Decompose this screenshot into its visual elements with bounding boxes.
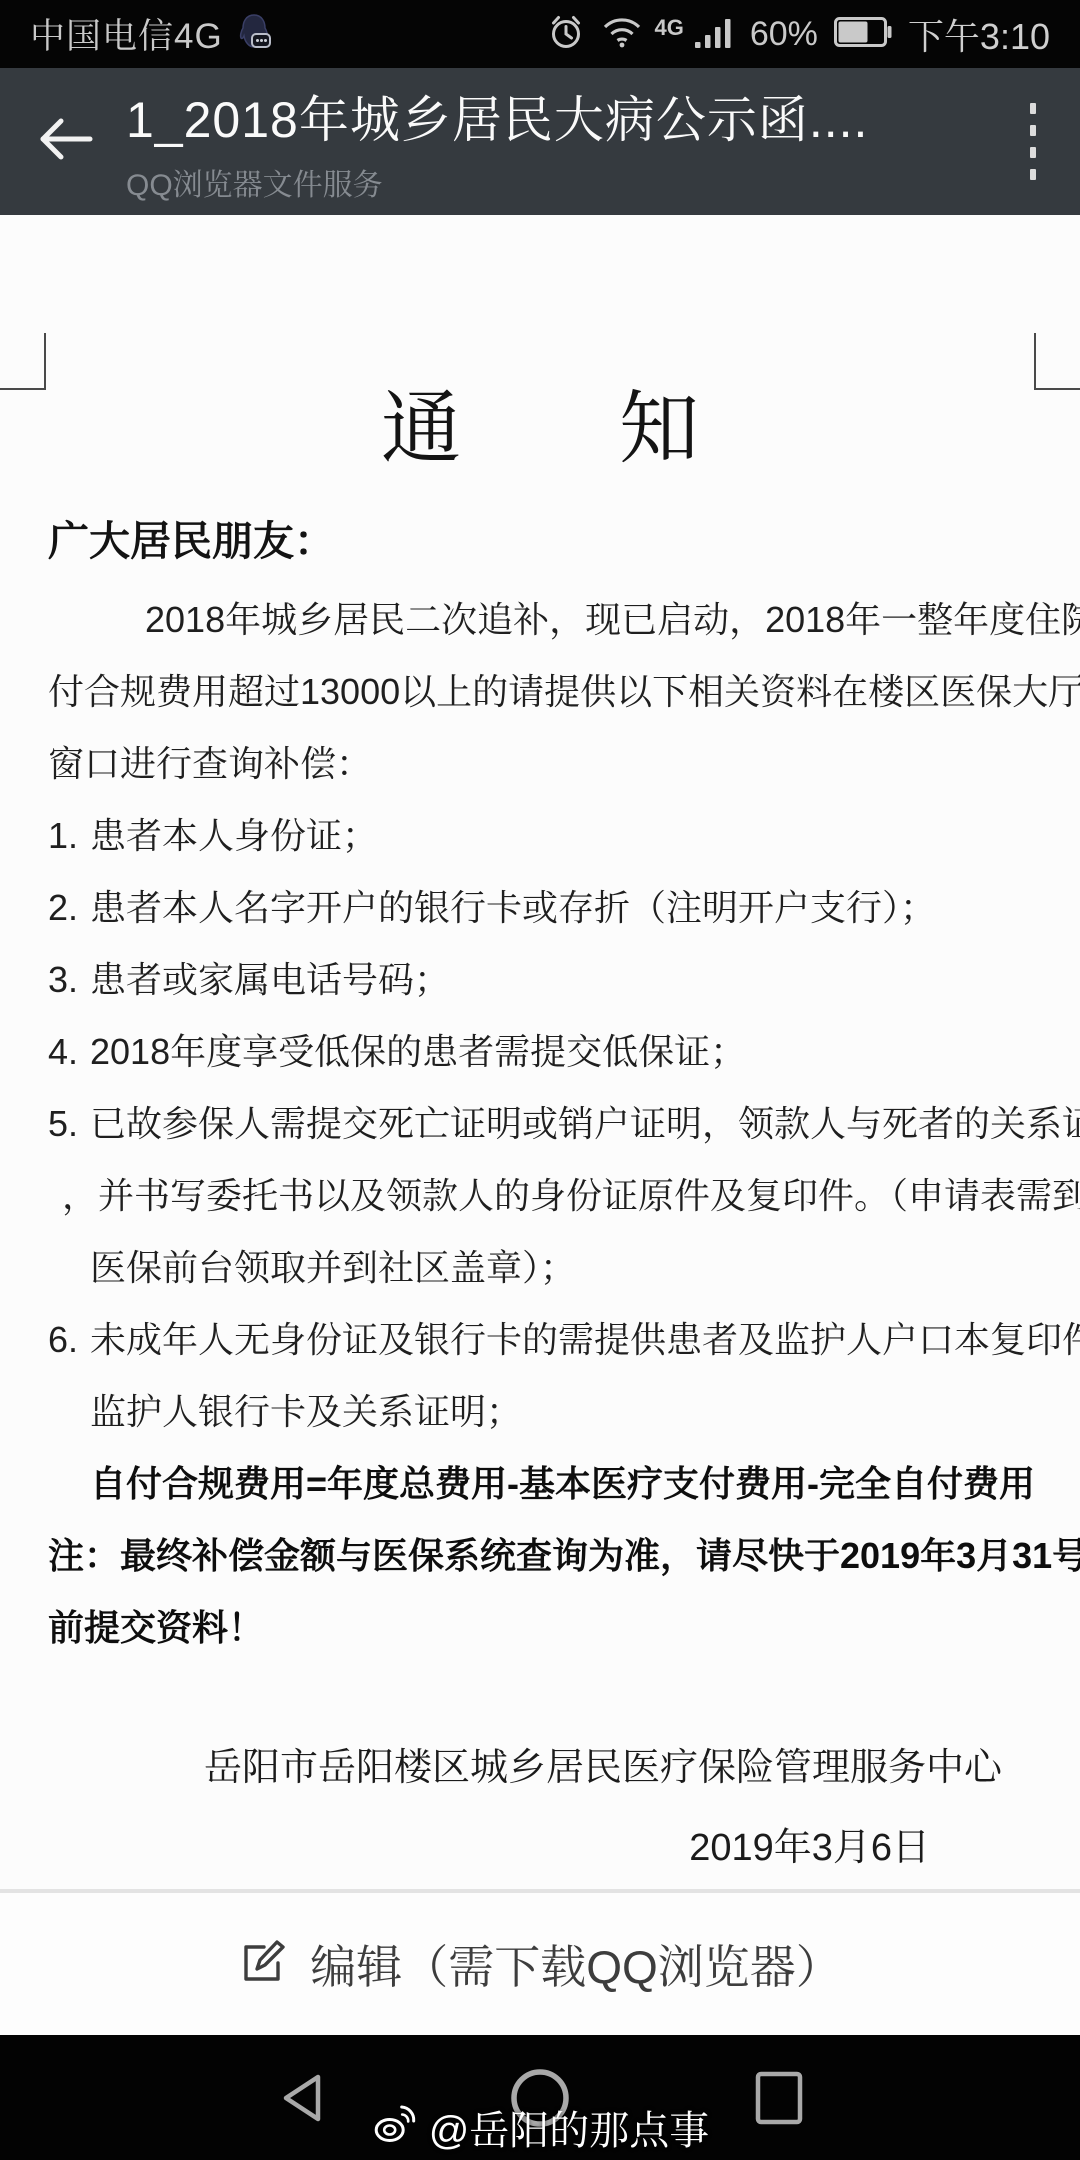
- body-line: 付合规费用超过13000以上的请提供以下相关资料在楼区医保大厅1号: [48, 656, 1070, 728]
- phone-screen: 中国电信4G: [0, 0, 1080, 2160]
- status-bar: 中国电信4G: [0, 0, 1080, 68]
- file-source-label: QQ浏览器文件服务: [126, 160, 868, 204]
- app-header: 1_2018年城乡居民大病公示函.... QQ浏览器文件服务: [0, 68, 1080, 215]
- qq-message-icon: [235, 11, 273, 58]
- header-titles: 1_2018年城乡居民大病公示函.... QQ浏览器文件服务: [126, 80, 868, 204]
- weibo-icon: [371, 2101, 419, 2155]
- body-line: 2018年城乡居民二次追补，现已启动，2018年一整年度住院自: [48, 584, 1070, 656]
- issuer-name: 岳阳市岳阳楼区城乡居民医疗保险管理服务中心: [0, 1732, 1080, 1804]
- android-nav-bar: @岳阳的那点事: [0, 2035, 1080, 2160]
- note-line: 注：最终补偿金额与医保系统查询为准，请尽快于2019年3月31号之: [48, 1520, 1070, 1592]
- signal-icon: [694, 15, 734, 54]
- network-type-label: 4G: [655, 15, 684, 41]
- status-right: 4G 60% 下午3:10: [547, 9, 1051, 60]
- document-page[interactable]: 通知 广大居民朋友： 2018年城乡居民二次追补，现已启动，2018年一整年度住…: [0, 215, 1080, 1889]
- edit-button[interactable]: 编辑（需下载QQ浏览器）: [0, 1889, 1080, 2035]
- edit-pencil-icon: [238, 1937, 288, 1992]
- list-item-6-cont: 监护人银行卡及关系证明；: [48, 1376, 1070, 1448]
- note-line: 前提交资料！: [48, 1592, 1070, 1664]
- back-button[interactable]: [34, 114, 96, 169]
- list-item-1: 1.患者本人身份证；: [48, 800, 1070, 872]
- edit-button-label: 编辑（需下载QQ浏览器）: [310, 1931, 842, 1997]
- notice-body: 2018年城乡居民二次追补，现已启动，2018年一整年度住院自 付合规费用超过1…: [48, 584, 1080, 1664]
- issue-date: 2019年3月6日: [0, 1812, 1080, 1884]
- carrier-label: 中国电信4G: [30, 9, 223, 59]
- nav-back-button[interactable]: [275, 2070, 327, 2126]
- alarm-icon: [547, 13, 585, 56]
- file-title: 1_2018年城乡居民大病公示函....: [126, 80, 868, 152]
- battery-percent-label: 60%: [750, 15, 818, 54]
- overflow-menu-icon[interactable]: [1020, 97, 1046, 186]
- list-item-5-cont: ，并书写委托书以及领款人的身份证原件及复印件。（申请表需到: [48, 1160, 1070, 1232]
- clock-label: 下午3:10: [908, 9, 1050, 60]
- page-margin-mark-left: [0, 333, 46, 390]
- salutation: 广大居民朋友：: [48, 512, 1040, 570]
- list-item-5: 5.已故参保人需提交死亡证明或销户证明，领款人与死者的关系证明: [48, 1088, 1070, 1160]
- battery-icon: [834, 17, 892, 52]
- notice-title: 通知: [0, 378, 1080, 480]
- watermark-text: @岳阳的那点事: [429, 2099, 710, 2156]
- list-item-6: 6.未成年人无身份证及银行卡的需提供患者及监护人户口本复印件，: [48, 1304, 1070, 1376]
- watermark: @岳阳的那点事: [371, 2099, 710, 2156]
- wifi-icon: [601, 15, 643, 54]
- nav-recents-button[interactable]: [753, 2069, 805, 2127]
- page-margin-mark-right: [1034, 333, 1080, 390]
- status-left: 中国电信4G: [30, 9, 273, 59]
- body-line: 窗口进行查询补偿：: [48, 728, 1070, 800]
- list-item-2: 2.患者本人名字开户的银行卡或存折（注明开户支行）；: [48, 872, 1070, 944]
- list-item-3: 3.患者或家属电话号码；: [48, 944, 1070, 1016]
- formula-line: 自付合规费用=年度总费用-基本医疗支付费用-完全自付费用: [48, 1448, 1070, 1520]
- list-item-4: 4.2018年度享受低保的患者需提交低保证；: [48, 1016, 1070, 1088]
- list-item-5-cont: 医保前台领取并到社区盖章）；: [48, 1232, 1070, 1304]
